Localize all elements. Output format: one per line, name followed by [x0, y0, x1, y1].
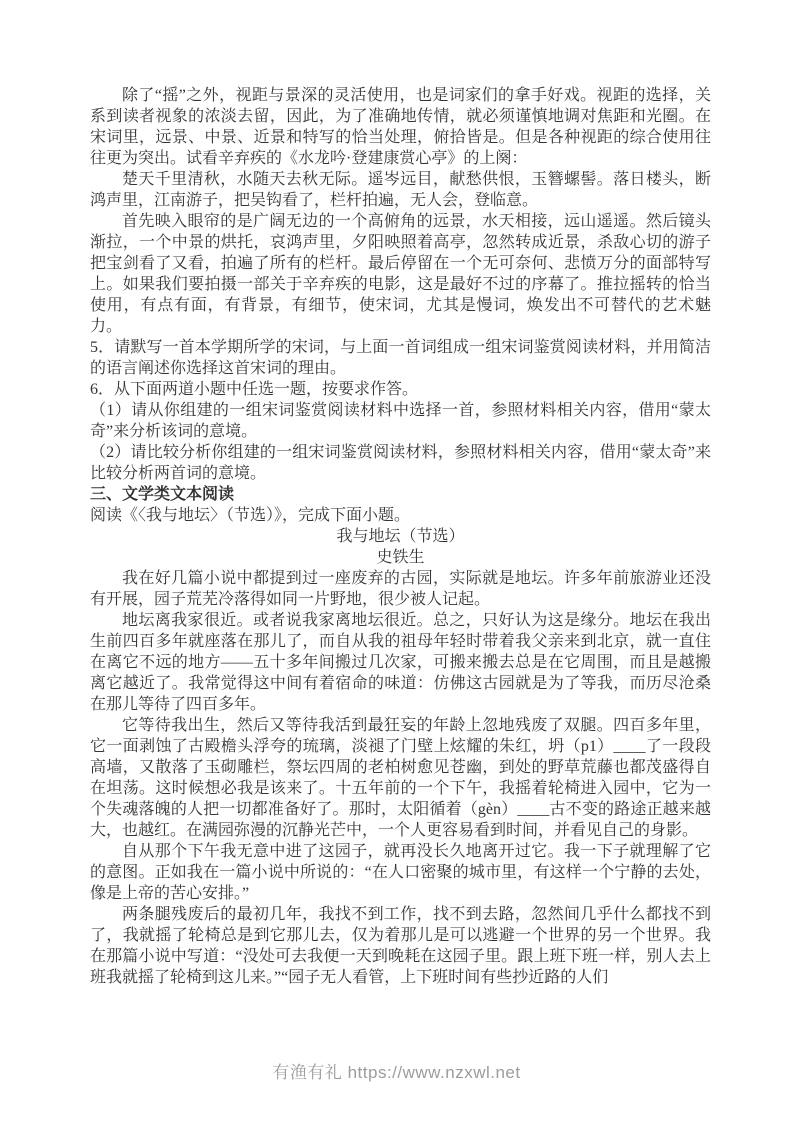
essay-paragraph-4: 自从那个下午我无意中进了这园子，就再没长久地离开过它。我一下子就理解了它的意图。… [90, 841, 711, 904]
reading-instruction: 阅读《〈我与地坛〉（节选）》，完成下面小题。 [90, 505, 711, 526]
essay-paragraph-5: 两条腿残废后的最初几年，我找不到工作，找不到去路，忽然间几乎什么都找不到了，我就… [90, 904, 711, 988]
para-film-shot-analysis: 首先映入眼帘的是广阔无边的一个高俯角的远景，水天相接，远山遥遥。然后镜头渐拉，一… [90, 211, 711, 337]
quote-shuilongyin-upper-stanza: 楚天千里清秋，水随天去秋无际。遥岑远目，献愁供恨，玉簪螺髻。落日楼头，断鸿声里，… [90, 169, 711, 211]
question-6-option-2: （2）请比较分析你组建的一组宋词鉴赏阅读材料，参照材料相关内容，借用“蒙太奇”来… [90, 442, 711, 484]
essay-paragraph-3: 它等待我出生，然后又等待我活到最狂妄的年龄上忽地残废了双腿。四百多年里，它一面剥… [90, 715, 711, 841]
question-5: 5．请默写一首本学期所学的宋词，与上面一首词组成一组宋词鉴赏阅读材料，并用简洁的… [90, 337, 711, 379]
para-viewing-distance: 除了“摇”之外，视距与景深的灵活使用，也是词家们的拿手好戏。视距的选择，关系到读… [90, 85, 711, 169]
essay-author: 史铁生 [90, 547, 711, 568]
question-6-option-1: （1）请从你组建的一组宋词鉴赏阅读材料中选择一首，参照材料相关内容，借用“蒙太奇… [90, 400, 711, 442]
document-content: 除了“摇”之外，视距与景深的灵活使用，也是词家们的拿手好戏。视距的选择，关系到读… [90, 85, 711, 988]
question-6: 6．从下面两道小题中任选一题，按要求作答。 [90, 379, 711, 400]
section-heading-literary-reading: 三、文学类文本阅读 [90, 484, 711, 505]
document-page: 除了“摇”之外，视距与景深的灵活使用，也是词家们的拿手好戏。视距的选择，关系到读… [0, 0, 793, 1122]
essay-title: 我与地坛（节选） [90, 526, 711, 547]
page-footer: 有渔有礼 https://www.nzxwl.net [0, 1058, 793, 1083]
footer-watermark-text: 有渔有礼 https://www.nzxwl.net [272, 1063, 520, 1082]
essay-paragraph-1: 我在好几篇小说中都提到过一座废弃的古园，实际就是地坛。许多年前旅游业还没有开展，… [90, 568, 711, 610]
essay-paragraph-2: 地坛离我家很近。或者说我家离地坛很近。总之，只好认为这是缘分。地坛在我出生前四百… [90, 610, 711, 715]
